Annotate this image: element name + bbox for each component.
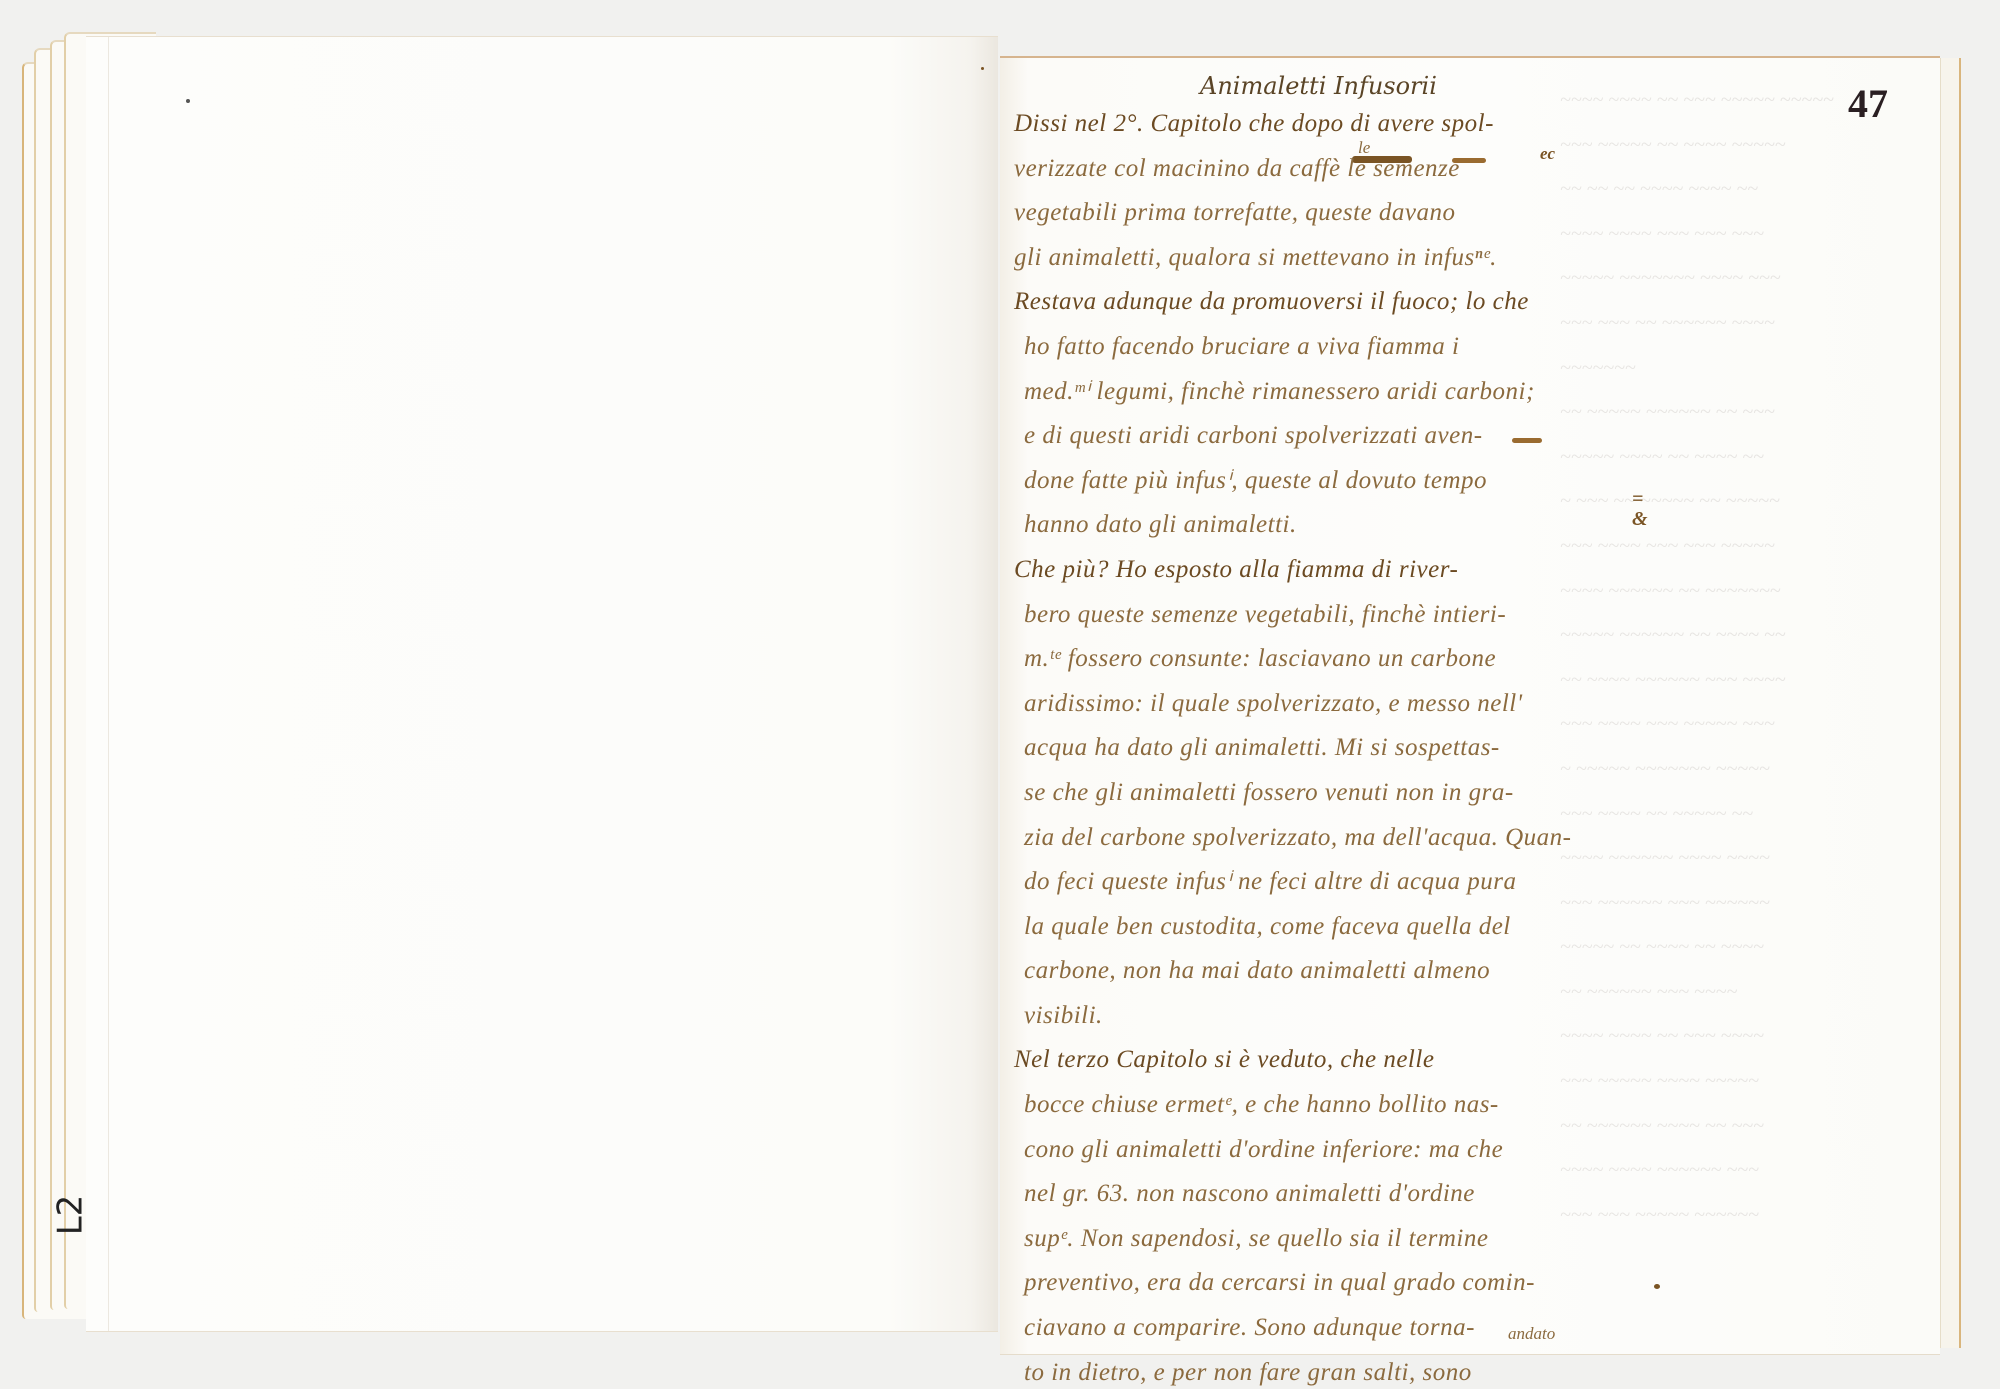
- catchword: andato: [1508, 1324, 1555, 1344]
- text-line: done fatte più infusⁱ, queste al dovuto …: [1014, 459, 1774, 504]
- right-page-edge: [1940, 58, 1961, 1348]
- text-line: bocce chiuse ermetᵉ, e che hanno bollito…: [1014, 1083, 1774, 1128]
- text-line: zia del carbone spolverizzato, ma dell'a…: [1014, 816, 1774, 861]
- text-line: acqua ha dato gli animaletti. Mi si sosp…: [1014, 726, 1774, 771]
- text-line: do feci queste infusⁱ ne feci altre di a…: [1014, 860, 1774, 905]
- ink-speck: [186, 99, 190, 103]
- text-line: verizzate col macinino da caffè le semen…: [1014, 147, 1774, 192]
- text-line: e di questi aridi carboni spolverizzati …: [1014, 414, 1774, 459]
- text-line: visibili.: [1014, 994, 1774, 1039]
- text-line: carbone, non ha mai dato animaletti alme…: [1014, 949, 1774, 994]
- text-line: gli animaletti, qualora si mettevano in …: [1014, 236, 1774, 281]
- text-line: la quale ben custodita, come faceva quel…: [1014, 905, 1774, 950]
- text-line: ho fatto facendo bruciare a viva fiamma …: [1014, 325, 1774, 370]
- page-crease: [108, 37, 109, 1331]
- text-line: nel gr. 63. non nascono animaletti d'ord…: [1014, 1172, 1774, 1217]
- text-line: cono gli animaletti d'ordine inferiore: …: [1014, 1128, 1774, 1173]
- text-line: med.ᵐⁱ legumi, finchè rimanessero aridi …: [1014, 370, 1774, 415]
- text-line: Restava adunque da promuoversi il fuoco;…: [1014, 280, 1774, 325]
- text-line: Che più? Ho esposto alla fiamma di river…: [1014, 548, 1774, 593]
- text-line: supᵉ. Non sapendosi, se quello sia il te…: [1014, 1217, 1774, 1262]
- ink-speck: [1654, 1284, 1660, 1289]
- text-line: preventivo, era da cercarsi in qual grad…: [1014, 1261, 1774, 1306]
- text-line: vegetabili prima torrefatte, queste dava…: [1014, 191, 1774, 236]
- text-line: se che gli animaletti fossero venuti non…: [1014, 771, 1774, 816]
- text-line: Nel terzo Capitolo si è veduto, che nell…: [1014, 1038, 1774, 1083]
- left-page-blank: [86, 36, 998, 1332]
- text-line: bero queste semenze vegetabili, finchè i…: [1014, 593, 1774, 638]
- text-line: aridissimo: il quale spolverizzato, e me…: [1014, 682, 1774, 727]
- text-line: ciavano a comparire. Sono adunque torna-: [1014, 1306, 1774, 1351]
- text-line: hanno dato gli animaletti.: [1014, 503, 1774, 548]
- right-page-manuscript: ~~~~ ~~~~ ~~ ~~~ ~~~~~ ~~~~~~~~ ~~~~~ ~~…: [1000, 56, 1940, 1355]
- text-line: Dissi nel 2°. Capitolo che dopo di avere…: [1014, 102, 1774, 147]
- spine-label: L2: [50, 1195, 90, 1236]
- text-line: to in dietro, e per non fare gran salti,…: [1014, 1351, 1774, 1389]
- ink-speck: [981, 67, 984, 70]
- page-number: 47: [1848, 80, 1888, 127]
- page-title: Animaletti Infusorii: [1200, 72, 1437, 100]
- open-manuscript: L2 ~~~~ ~~~~ ~~ ~~~ ~~~~~ ~~~~~~~~ ~~~~~…: [0, 0, 2000, 1389]
- text-line: m.ᵗᵉ fossero consunte: lasciavano un car…: [1014, 637, 1774, 682]
- manuscript-body: Dissi nel 2°. Capitolo che dopo di avere…: [1014, 102, 1774, 1389]
